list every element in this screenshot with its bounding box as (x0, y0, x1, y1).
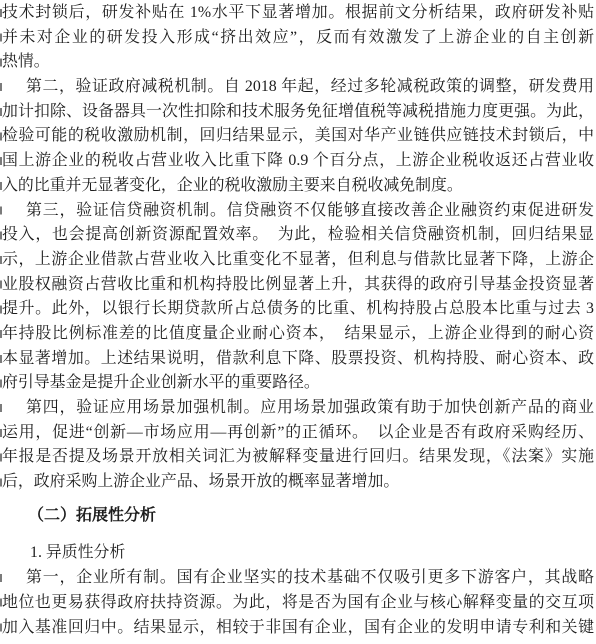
text-line: 第二，验证政府减税机制。自 2018 年起，经过多轮减税政策的调整，研发费用 (2, 75, 594, 100)
section-heading: （二）拓展性分析 (2, 504, 594, 529)
text-line: 本显著增加。上述结果说明，借款利息下降、股票投资、机构持股、耐心资本、政 (2, 347, 594, 372)
text-line: 示，上游企业借款占营业收入比重变化不显著，但利息与借款比显著下降，上游企 (2, 248, 594, 273)
document-body: 技术封锁后，研发补贴在 1%水平下显著增加。根据前文分析结果，政府研发补贴并未对… (2, 1, 594, 640)
text-line: 并未对企业的研发投入形成“挤出效应”，反而有效激发了上游企业的自主创新 (2, 26, 594, 51)
text-line: 检验可能的税收激励机制，回归结果显示，美国对华产业链供应链技术封锁后，中 (2, 124, 594, 149)
text-line: 加入基准回归中。结果显示，相较于非国有企业，国有企业的发明申请专利和关键 (2, 616, 594, 641)
text-line: 运用，促进“创新—市场应用—再创新”的正循环。 以企业是否有政府采购经历、 (2, 421, 594, 446)
text-line: 第三，验证信贷融资机制。信贷融资不仅能够直接改善企业融资约束促进研发 (2, 199, 594, 224)
text-line: 后，政府采购上游企业产品、场景开放的概率显著增加。 (2, 470, 594, 495)
paper-page: 技术封锁后，研发补贴在 1%水平下显著增加。根据前文分析结果，政府研发补贴并未对… (0, 0, 596, 644)
text-line: 投入，也会提高创新资源配置效率。 为此，检验相关信贷融资机制，回归结果显 (2, 223, 594, 248)
text-line: 年持股比例标准差的比值度量企业耐心资本， 结果显示，上游企业得到的耐心资 (2, 322, 594, 347)
subsection-heading: 1. 异质性分析 (2, 541, 594, 566)
text-line: 年报是否提及场景开放相关词汇为被解释变量进行回归。结果发现，《法案》实施 (2, 445, 594, 470)
text-line: 业股权融资占营收比重和机构持股比例显著上升，其获得的政府引导基金投资显著 (2, 273, 594, 298)
text-line: 热情。 (2, 50, 594, 75)
text-line: 技术封锁后，研发补贴在 1%水平下显著增加。根据前文分析结果，政府研发补贴 (2, 1, 594, 26)
text-line: 入的比重并无显著变化，企业的税收激励主要来自税收减免制度。 (2, 174, 594, 199)
text-line: 国上游企业的税收占营业收入比重下降 0.9 个百分点，上游企业税收返还占营业收 (2, 149, 594, 174)
text-line: 第四，验证应用场景加强机制。应用场景加强政策有助于加快创新产品的商业 (2, 396, 594, 421)
text-line: 府引导基金是提升企业创新水平的重要路径。 (2, 371, 594, 396)
text-line: 提升。此外，以银行长期贷款所占总债务的比重、机构持股占总股本比重与过去 3 (2, 297, 594, 322)
text-line: 第一，企业所有制。国有企业坚实的技术基础不仅吸引更多下游客户，其战略 (2, 566, 594, 591)
text-line: 加计扣除、设备器具一次性扣除和技术服务免征增值税等减税措施力度更强。为此， (2, 100, 594, 125)
text-line: 地位也更易获得政府扶持资源。为此，将是否为国有企业与核心解释变量的交互项 (2, 591, 594, 616)
